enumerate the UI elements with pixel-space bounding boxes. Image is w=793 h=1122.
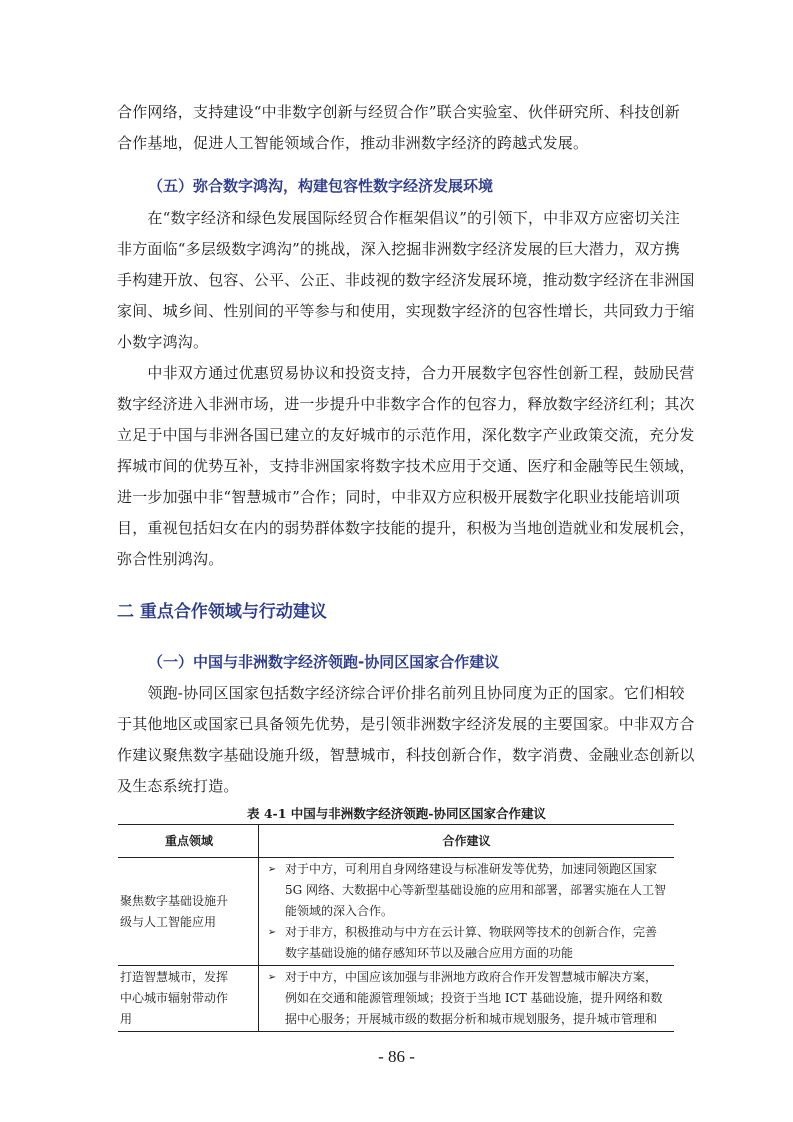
section-5-paragraph-1: 在“数字经济和绿色发展国际经贸合作框架倡议”的引领下，中非双方应密切关注 非方面… <box>117 203 677 358</box>
column-header-area: 重点领域 <box>118 825 259 858</box>
text-line: 领跑-协同区国家包括数字经济综合评价排名前列且协同度为正的国家。它们相较 <box>117 678 677 709</box>
chapter-heading-2: 二 重点合作领域与行动建议 <box>117 597 327 622</box>
text-line: 进一步加强中非“智慧城市”合作；同时，中非双方应积极开展数字化职业技能培训项 <box>117 482 677 513</box>
section-heading-1: （一）中国与非洲数字经济领跑-协同区国家合作建议 <box>148 651 499 672</box>
text-line: 数字经济进入非洲市场，进一步提升中非数字合作的包容力，释放数字经济红利；其次 <box>117 389 677 420</box>
text-line: 合作基地，促进人工智能领域合作，推动非洲数字经济的跨越式发展。 <box>117 128 677 159</box>
area-text-line: 用 <box>120 1009 258 1030</box>
suggestion-item: ➢ 对于非方，积极推动与中方在云计算、物联网等技术的创新合作，完善 数字基础设施… <box>259 922 674 964</box>
suggestion-item: ➢ 对于中方，可利用自身网络建设与标准研发等优势，加速同领跑区国家 5G 网络、… <box>259 859 674 922</box>
section-1-paragraph-1: 领跑-协同区国家包括数字经济综合评价排名前列且协同度为正的国家。它们相较 于其他… <box>117 678 677 802</box>
arrow-bullet-icon: ➢ <box>259 922 285 964</box>
arrow-bullet-icon: ➢ <box>259 859 285 922</box>
suggestion-line: 例如在交通和能源管理领域；投资于当地 ICT 基础设施，提升网络和数 <box>285 988 670 1009</box>
text-line: 于其他地区或国家已具备领先优势，是引领非洲数字经济发展的主要国家。中非双方合 <box>117 709 677 740</box>
area-text-line: 中心城市辐射带动作 <box>120 988 258 1009</box>
suggestion-line: 对于中方，中国应该加强与非洲地方政府合作开发智慧城市解决方案， <box>285 967 670 988</box>
text-line: 弥合性别鸿沟。 <box>117 544 677 575</box>
document-page: 合作网络，支持建设“中非数字创新与经贸合作”联合实验室、伙伴研究所、科技创新 合… <box>0 0 793 1122</box>
text-line: 小数字鸿沟。 <box>117 327 677 358</box>
section-5-paragraph-2: 中非双方通过优惠贸易协议和投资支持，合力开展数字包容性创新工程，鼓励民营 数字经… <box>117 358 677 575</box>
suggestion-line: 数字基础设施的储存感知环节以及融合应用方面的功能 <box>285 943 670 964</box>
page-number: - 86 - <box>0 1047 793 1067</box>
area-text-line: 级与人工智能应用 <box>120 912 258 933</box>
text-line: 中非双方通过优惠贸易协议和投资支持，合力开展数字包容性创新工程，鼓励民营 <box>117 358 677 389</box>
text-line: 及生态系统打造。 <box>117 771 677 802</box>
table-caption: 表 4-1 中国与非洲数字经济领跑-协同区国家合作建议 <box>0 804 793 822</box>
text-line: 非方面临“多层级数字鸿沟”的挑战，深入挖掘非洲数字经济发展的巨大潜力，双方携 <box>117 234 677 265</box>
text-line: 在“数字经济和绿色发展国际经贸合作框架倡议”的引领下，中非双方应密切关注 <box>117 203 677 234</box>
cell-suggestions: ➢ 对于中方，中国应该加强与非洲地方政府合作开发智慧城市解决方案， 例如在交通和… <box>259 966 675 1032</box>
text-line: 目，重视包括妇女在内的弱势群体数字技能的提升，积极为当地创造就业和发展机会， <box>117 513 677 544</box>
table-row: 聚焦数字基础设施升 级与人工智能应用 ➢ 对于中方，可利用自身网络建设与标准研发… <box>118 858 674 966</box>
text-line: 作建议聚焦数字基础设施升级，智慧城市，科技创新合作，数字消费、金融业态创新以 <box>117 740 677 771</box>
text-line: 挥城市间的优势互补，支持非洲国家将数字技术应用于交通、医疗和金融等民生领域， <box>117 451 677 482</box>
cell-suggestions: ➢ 对于中方，可利用自身网络建设与标准研发等优势，加速同领跑区国家 5G 网络、… <box>259 858 675 966</box>
suggestion-line: 能领域的深入合作。 <box>285 901 670 922</box>
text-line: 立足于中国与非洲各国已建立的友好城市的示范作用，深化数字产业政策交流，充分发 <box>117 420 677 451</box>
area-text-line: 打造智慧城市，发挥 <box>120 967 258 988</box>
suggestion-item: ➢ 对于中方，中国应该加强与非洲地方政府合作开发智慧城市解决方案， 例如在交通和… <box>259 967 674 1030</box>
text-line: 手构建开放、包容、公平、公正、非歧视的数字经济发展环境，推动数字经济在非洲国 <box>117 265 677 296</box>
text-line: 家间、城乡间、性别间的平等参与和使用，实现数字经济的包容性增长，共同致力于缩 <box>117 296 677 327</box>
arrow-bullet-icon: ➢ <box>259 967 285 1030</box>
suggestion-line: 对于中方，可利用自身网络建设与标准研发等优势，加速同领跑区国家 <box>285 859 670 880</box>
cooperation-table: 重点领域 合作建议 聚焦数字基础设施升 级与人工智能应用 ➢ 对于中方，可利用自… <box>118 824 674 1032</box>
section-heading-5: （五）弥合数字鸿沟，构建包容性数字经济发展环境 <box>148 175 493 196</box>
text-line: 合作网络，支持建设“中非数字创新与经贸合作”联合实验室、伙伴研究所、科技创新 <box>117 97 677 128</box>
table-row: 打造智慧城市，发挥 中心城市辐射带动作 用 ➢ 对于中方，中国应该加强与非洲地方… <box>118 966 674 1032</box>
column-header-suggestion: 合作建议 <box>259 825 675 858</box>
area-text-line: 聚焦数字基础设施升 <box>120 891 258 912</box>
paragraph-continuation: 合作网络，支持建设“中非数字创新与经贸合作”联合实验室、伙伴研究所、科技创新 合… <box>117 97 677 159</box>
suggestion-line: 5G 网络、大数据中心等新型基础设施的应用和部署，部署实施在人工智 <box>285 880 670 901</box>
suggestion-line: 对于非方，积极推动与中方在云计算、物联网等技术的创新合作，完善 <box>285 922 670 943</box>
cell-area: 打造智慧城市，发挥 中心城市辐射带动作 用 <box>118 966 259 1032</box>
cell-area: 聚焦数字基础设施升 级与人工智能应用 <box>118 858 259 966</box>
suggestion-line: 据中心服务；开展城市级的数据分析和城市规划服务，提升城市管理和 <box>285 1009 670 1030</box>
table-header-row: 重点领域 合作建议 <box>118 825 674 858</box>
